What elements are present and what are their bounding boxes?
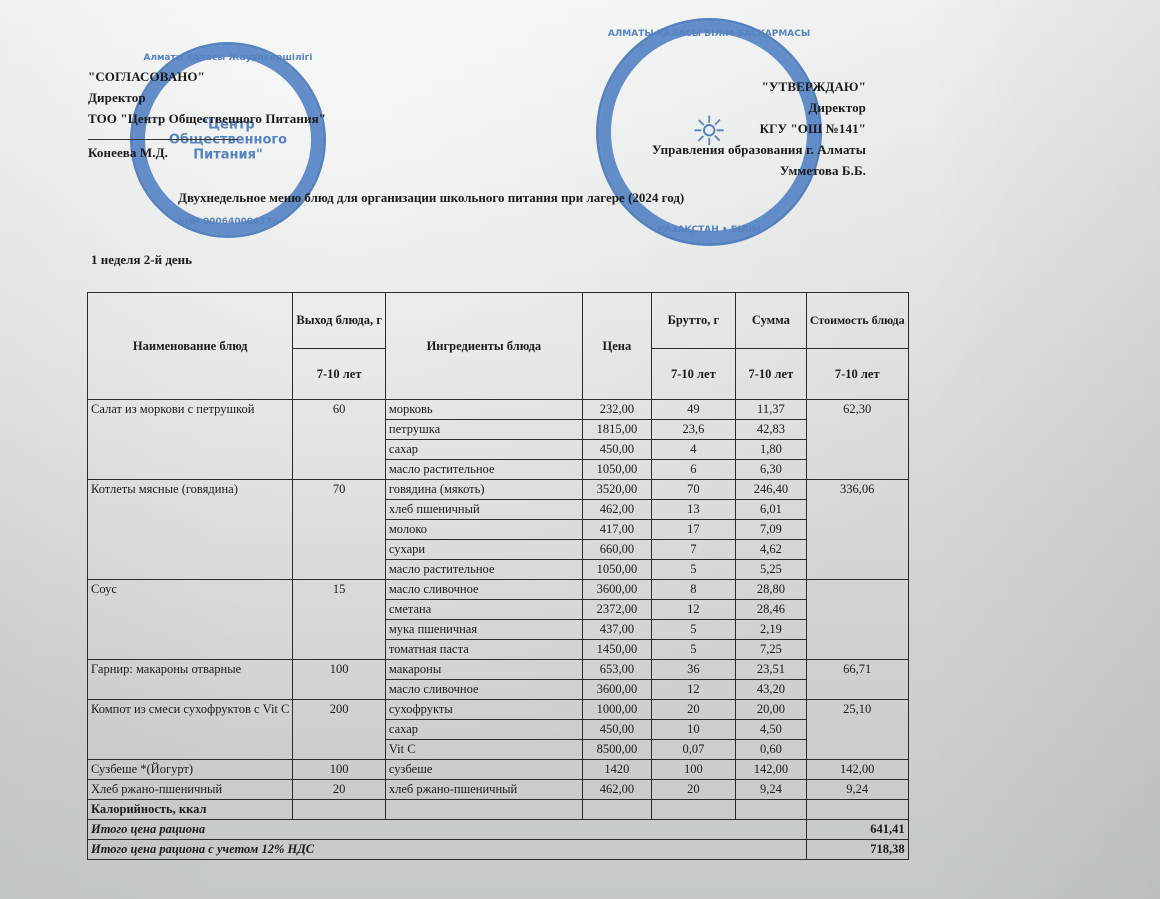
ingredient-sum: 2,19 bbox=[735, 620, 806, 640]
ingredient-price: 450,00 bbox=[582, 440, 651, 460]
ingredient-sum: 0,60 bbox=[735, 740, 806, 760]
ingredient-price: 417,00 bbox=[582, 520, 651, 540]
dish-cost: 62,30 bbox=[806, 400, 908, 480]
header-gross: Брутто, г bbox=[651, 293, 735, 349]
ingredient-price: 660,00 bbox=[582, 540, 651, 560]
dish-cost: 66,71 bbox=[806, 660, 908, 700]
approval-signatory: Умметова Б.Б. bbox=[652, 160, 866, 181]
header-dish-cost: Стоимость блюда bbox=[806, 293, 908, 349]
approval-organization: ТОО "Центр Общественного Питания" bbox=[88, 108, 326, 129]
ingredient-name: масло растительное bbox=[385, 460, 582, 480]
ingredient-sum: 28,46 bbox=[735, 600, 806, 620]
header-age-gross: 7-10 лет bbox=[651, 349, 735, 400]
ingredient-sum: 7,09 bbox=[735, 520, 806, 540]
ingredient-gross: 5 bbox=[651, 620, 735, 640]
table-row: Гарнир: макароны отварные100макароны653,… bbox=[88, 660, 909, 680]
total-label: Итого цена рациона bbox=[88, 820, 807, 840]
dish-name: Компот из смеси сухофруктов с Vit C bbox=[88, 700, 293, 760]
seal-ring-text: АЛМАТЫ ҚАЛАСЫ БІЛІМ БАСҚАРМАСЫ bbox=[608, 29, 810, 39]
ingredient-name: сузбеше bbox=[385, 760, 582, 780]
ingredient-price: 3600,00 bbox=[582, 680, 651, 700]
dish-yield: 200 bbox=[293, 700, 386, 760]
ingredient-gross: 23,6 bbox=[651, 420, 735, 440]
ingredient-price: 462,00 bbox=[582, 780, 651, 800]
ingredient-price: 1050,00 bbox=[582, 560, 651, 580]
ingredient-name: сахар bbox=[385, 720, 582, 740]
ingredient-name: молоко bbox=[385, 520, 582, 540]
ingredient-price: 2372,00 bbox=[582, 600, 651, 620]
document-title: Двухнедельное меню блюд для организации … bbox=[178, 190, 684, 206]
ingredient-sum: 5,25 bbox=[735, 560, 806, 580]
ingredient-name: хлеб пшеничный bbox=[385, 500, 582, 520]
ingredient-price: 462,00 bbox=[582, 500, 651, 520]
ingredient-name: макароны bbox=[385, 660, 582, 680]
ingredient-price: 450,00 bbox=[582, 720, 651, 740]
ingredient-sum: 28,80 bbox=[735, 580, 806, 600]
dish-yield: 70 bbox=[293, 480, 386, 580]
ingredient-gross: 13 bbox=[651, 500, 735, 520]
calories-price bbox=[582, 800, 651, 820]
ingredient-gross: 20 bbox=[651, 700, 735, 720]
approval-block-agreed: "СОГЛАСОВАНО" Директор ТОО "Центр Общест… bbox=[88, 66, 326, 163]
ingredient-gross: 100 bbox=[651, 760, 735, 780]
calories-ingredients bbox=[385, 800, 582, 820]
ingredient-sum: 11,37 bbox=[735, 400, 806, 420]
ingredient-name: томатная паста bbox=[385, 640, 582, 660]
ingredient-gross: 12 bbox=[651, 680, 735, 700]
table-row: Хлеб ржано-пшеничный20хлеб ржано-пшеничн… bbox=[88, 780, 909, 800]
ingredient-gross: 5 bbox=[651, 640, 735, 660]
seal-ring-text: Алматы қаласы Жауапкершілігі bbox=[144, 53, 313, 63]
header-sum: Сумма bbox=[735, 293, 806, 349]
ingredient-sum: 9,24 bbox=[735, 780, 806, 800]
ingredient-price: 232,00 bbox=[582, 400, 651, 420]
menu-table: Наименование блюд Выход блюда, г Ингреди… bbox=[87, 292, 909, 860]
ingredient-sum: 23,51 bbox=[735, 660, 806, 680]
table-row: Сузбеше *(Йогурт)100сузбеше1420100142,00… bbox=[88, 760, 909, 780]
ingredient-sum: 4,62 bbox=[735, 540, 806, 560]
calories-sum bbox=[735, 800, 806, 820]
seal-ring-text-bottom: БИН 000640004579 bbox=[178, 217, 278, 227]
approval-signatory: Конеева М.Д. bbox=[88, 142, 326, 163]
dish-cost: 9,24 bbox=[806, 780, 908, 800]
table-row: Котлеты мясные (говядина)70говядина (мяк… bbox=[88, 480, 909, 500]
ingredient-sum: 246,40 bbox=[735, 480, 806, 500]
approval-position: Директор bbox=[88, 87, 326, 108]
dish-cost bbox=[806, 580, 908, 660]
dish-name: Салат из моркови с петрушкой bbox=[88, 400, 293, 480]
ingredient-sum: 43,20 bbox=[735, 680, 806, 700]
ingredient-name: сухофрукты bbox=[385, 700, 582, 720]
ingredient-gross: 8 bbox=[651, 580, 735, 600]
ingredient-sum: 4,50 bbox=[735, 720, 806, 740]
seal-ring-text-bottom: ҚАЗАҚСТАН • БІЛІМ bbox=[657, 225, 761, 235]
ingredient-name: хлеб ржано-пшеничный bbox=[385, 780, 582, 800]
header-yield: Выход блюда, г bbox=[293, 293, 386, 349]
dish-yield: 60 bbox=[293, 400, 386, 480]
header-price: Цена bbox=[582, 293, 651, 400]
approval-position: Директор bbox=[652, 97, 866, 118]
ingredient-name: сметана bbox=[385, 600, 582, 620]
dish-yield: 15 bbox=[293, 580, 386, 660]
header-age-cost: 7-10 лет bbox=[806, 349, 908, 400]
table-row: Салат из моркови с петрушкой60морковь232… bbox=[88, 400, 909, 420]
calories-label: Калорийность, ккал bbox=[88, 800, 293, 820]
ingredient-name: говядина (мякоть) bbox=[385, 480, 582, 500]
dish-yield: 100 bbox=[293, 660, 386, 700]
total-vat-label: Итого цена рациона с учетом 12% НДС bbox=[88, 840, 807, 860]
ingredient-gross: 7 bbox=[651, 540, 735, 560]
dish-cost: 142,00 bbox=[806, 760, 908, 780]
table-row: Компот из смеси сухофруктов с Vit C200су… bbox=[88, 700, 909, 720]
ingredient-sum: 7,25 bbox=[735, 640, 806, 660]
header-age-yield: 7-10 лет bbox=[293, 349, 386, 400]
header-age-sum: 7-10 лет bbox=[735, 349, 806, 400]
table-row: Соус15масло сливочное3600,00828,80 bbox=[88, 580, 909, 600]
ingredient-name: морковь bbox=[385, 400, 582, 420]
ingredient-price: 1050,00 bbox=[582, 460, 651, 480]
dish-name: Гарнир: макароны отварные bbox=[88, 660, 293, 700]
ingredient-gross: 6 bbox=[651, 460, 735, 480]
ingredient-price: 437,00 bbox=[582, 620, 651, 640]
header-ingredients: Ингредиенты блюда bbox=[385, 293, 582, 400]
ingredient-gross: 17 bbox=[651, 520, 735, 540]
ingredient-sum: 20,00 bbox=[735, 700, 806, 720]
calories-cost bbox=[806, 800, 908, 820]
ingredient-sum: 1,80 bbox=[735, 440, 806, 460]
dish-name: Сузбеше *(Йогурт) bbox=[88, 760, 293, 780]
approval-organization: КГУ "ОШ №141" bbox=[652, 118, 866, 139]
ingredient-gross: 36 bbox=[651, 660, 735, 680]
dish-name: Соус bbox=[88, 580, 293, 660]
ingredient-price: 1815,00 bbox=[582, 420, 651, 440]
ingredient-name: петрушка bbox=[385, 420, 582, 440]
approval-block-approved: "УТВЕРЖДАЮ" Директор КГУ "ОШ №141" Управ… bbox=[652, 76, 866, 181]
ingredient-name: мука пшеничная bbox=[385, 620, 582, 640]
ingredient-name: масло сливочное bbox=[385, 680, 582, 700]
header-dish-name: Наименование блюд bbox=[88, 293, 293, 400]
ingredient-sum: 6,01 bbox=[735, 500, 806, 520]
ingredient-name: Vit C bbox=[385, 740, 582, 760]
ingredient-name: сахар bbox=[385, 440, 582, 460]
menu-table-body: Салат из моркови с петрушкой60морковь232… bbox=[88, 400, 909, 800]
approval-heading: "УТВЕРЖДАЮ" bbox=[652, 76, 866, 97]
ingredient-gross: 49 bbox=[651, 400, 735, 420]
ingredient-price: 3520,00 bbox=[582, 480, 651, 500]
dish-cost: 336,06 bbox=[806, 480, 908, 580]
ingredient-price: 1000,00 bbox=[582, 700, 651, 720]
ingredient-gross: 0,07 bbox=[651, 740, 735, 760]
calories-gross bbox=[651, 800, 735, 820]
ingredient-price: 3600,00 bbox=[582, 580, 651, 600]
calories-yield bbox=[293, 800, 386, 820]
total-vat-value: 718,38 bbox=[806, 840, 908, 860]
document-subtitle: 1 неделя 2-й день bbox=[91, 252, 192, 268]
dish-name: Котлеты мясные (говядина) bbox=[88, 480, 293, 580]
ingredient-gross: 4 bbox=[651, 440, 735, 460]
dish-yield: 20 bbox=[293, 780, 386, 800]
ingredient-name: сухари bbox=[385, 540, 582, 560]
ingredient-price: 8500,00 bbox=[582, 740, 651, 760]
ingredient-gross: 20 bbox=[651, 780, 735, 800]
ingredient-name: масло сливочное bbox=[385, 580, 582, 600]
dish-cost: 25,10 bbox=[806, 700, 908, 760]
ingredient-gross: 70 bbox=[651, 480, 735, 500]
ingredient-gross: 12 bbox=[651, 600, 735, 620]
ingredient-price: 1420 bbox=[582, 760, 651, 780]
dish-yield: 100 bbox=[293, 760, 386, 780]
approval-heading: "СОГЛАСОВАНО" bbox=[88, 66, 326, 87]
ingredient-gross: 10 bbox=[651, 720, 735, 740]
approval-department: Управления образования г. Алматы bbox=[652, 139, 866, 160]
ingredient-sum: 6,30 bbox=[735, 460, 806, 480]
ingredient-price: 1450,00 bbox=[582, 640, 651, 660]
dish-name: Хлеб ржано-пшеничный bbox=[88, 780, 293, 800]
ingredient-name: масло растительное bbox=[385, 560, 582, 580]
ingredient-sum: 42,83 bbox=[735, 420, 806, 440]
ingredient-price: 653,00 bbox=[582, 660, 651, 680]
signature-line bbox=[88, 129, 238, 140]
ingredient-sum: 142,00 bbox=[735, 760, 806, 780]
ingredient-gross: 5 bbox=[651, 560, 735, 580]
total-value: 641,41 bbox=[806, 820, 908, 840]
